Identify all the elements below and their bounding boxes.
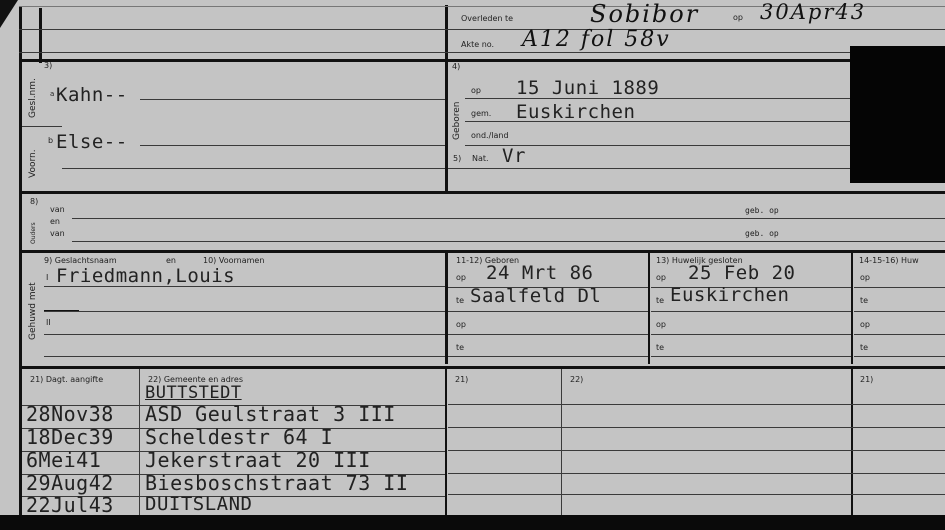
birth-on-label: op: [471, 86, 481, 95]
dissolution2-date-rule: [854, 334, 945, 335]
marriage-on-label: op: [656, 273, 666, 282]
nationality-value: Vr: [502, 145, 526, 167]
birth-place-rule: [465, 121, 850, 122]
dissolution2-place-rule: [854, 356, 945, 357]
married-side-label: Gehuwd met: [28, 282, 38, 340]
col2-rule-5: [448, 494, 945, 495]
deed-value: A12 fol 58v: [522, 27, 671, 52]
col2-rule-4: [448, 473, 945, 474]
spouse1-marker: I: [46, 273, 48, 282]
address-col-divider: [139, 369, 140, 517]
address-row-3-date: 6Mei41: [26, 448, 101, 472]
parent2-from-label: van: [50, 229, 65, 238]
marriage2-on-label: op: [656, 320, 666, 329]
parent1-rule: [72, 218, 945, 219]
marriage2-date-rule: [651, 334, 851, 335]
parent1-from-label: van: [50, 205, 65, 214]
registration-card: Overleden te Sobibor op 30Apr43 Akte no.…: [0, 0, 945, 530]
spouse2-birth-place-rule: [448, 356, 648, 357]
dissolution-at-label: te: [860, 296, 868, 305]
section8-number: 8): [30, 197, 38, 206]
spouse-and-header: en: [166, 256, 176, 265]
spouse-birth-place: Saalfeld Dl: [470, 285, 601, 307]
section-divider-3: [19, 366, 945, 369]
birth-date-rule: [465, 98, 850, 99]
surname-marker: a: [50, 90, 54, 98]
parent1-born-label: geb. op: [745, 206, 779, 215]
col-divider-dissolution: [851, 252, 853, 364]
col-divider-spouse: [445, 252, 448, 364]
header-rule-2: [19, 52, 945, 53]
died-place: Sobibor: [590, 0, 699, 28]
spouse2-rule-2: [44, 356, 445, 357]
firstname-marker: b: [48, 136, 53, 145]
marriage-place: Euskirchen: [670, 284, 789, 306]
firstname-rule-2: [62, 168, 445, 169]
frame-inner-left: [39, 8, 42, 63]
col2-rule-3: [448, 450, 945, 451]
dissolution2-at-label: te: [860, 343, 868, 352]
marriage2-at-label: te: [656, 343, 664, 352]
died-on-label: op: [733, 13, 743, 22]
dissolution-on-label: op: [860, 273, 870, 282]
dissolution2-on-label: op: [860, 320, 870, 329]
birth-place: Euskirchen: [516, 101, 635, 123]
spouse-birth-date: 24 Mrt 86: [486, 262, 593, 284]
country-label: ond./land: [471, 131, 509, 140]
col3-date-header: 21): [860, 375, 873, 384]
spouse1-rule: [44, 286, 445, 287]
parent2-rule: [72, 241, 945, 242]
spouse-surname-header: 9) Geslachtsnaam: [44, 256, 117, 265]
dissolution-place-rule: [854, 311, 945, 312]
address-row-2-date: 18Dec39: [26, 425, 114, 449]
address-block-divider-1: [445, 369, 447, 517]
firstname-rule: [140, 145, 445, 146]
nationality-rule: [448, 168, 850, 169]
section-divider-2: [19, 250, 945, 253]
spouse2-marker: II: [46, 318, 51, 327]
firstname-side-label: Voorn.: [28, 149, 38, 178]
header-bottom-rule: [19, 59, 945, 62]
address-row-2-address: Scheldestr 64 I: [145, 425, 333, 449]
address-row-3-address: Jekerstraat 20 III: [145, 448, 371, 472]
marriage-place-rule: [651, 311, 851, 312]
marriage-date: 25 Feb 20: [688, 262, 795, 284]
spouse2-rule: [44, 334, 445, 335]
section-divider-1: [19, 191, 945, 194]
spouse1-name: Friedmann,Louis: [56, 265, 235, 287]
address-row-5-date: 22Jul43: [26, 493, 114, 517]
col2-address-header: 22): [570, 375, 583, 384]
photo-redaction: [850, 46, 945, 183]
surname-side-label: Gesl.nm.: [28, 78, 38, 118]
section4-number: 4): [452, 62, 460, 71]
col2-date-header: 21): [455, 375, 468, 384]
address-row-4-date: 29Aug42: [26, 471, 114, 495]
card-bottom-edge: [0, 515, 945, 530]
dissolution-date-rule: [854, 287, 945, 288]
header-rule-1: [19, 29, 945, 30]
col2-rule-2: [448, 427, 945, 428]
address-row-1-date: 28Nov38: [26, 402, 114, 426]
address-date-header: 21) Dagt. aangifte: [30, 375, 103, 384]
address-row-1-address: ASD Geulstraat 3 III: [145, 402, 396, 426]
address-row-4-address: Biesboschstraat 73 II: [145, 471, 408, 495]
spouse2-birth-on-label: op: [456, 320, 466, 329]
nationality-number: 5): [453, 154, 461, 163]
died-label: Overleden te: [461, 14, 513, 23]
deed-label: Akte no.: [461, 40, 494, 49]
spouse-birth-place-rule: [448, 311, 648, 312]
spouse2-birth-at-label: te: [456, 343, 464, 352]
parent2-born-label: geb. op: [745, 229, 779, 238]
died-date: 30Apr43: [760, 0, 866, 24]
parents-side-label: Ouders: [30, 222, 37, 244]
parents-and-label: en: [50, 217, 60, 226]
side-label-divider: [22, 126, 62, 127]
initial-place: BUTTSTEDT: [145, 383, 242, 403]
municipality-label: gem.: [471, 109, 491, 118]
marriage-at-label: te: [656, 296, 664, 305]
address-row-5-address: DUITSLAND: [145, 493, 252, 515]
birth-date: 15 Juni 1889: [516, 77, 659, 99]
frame-divider-top: [445, 5, 448, 193]
spouse-birth-at-label: te: [456, 296, 464, 305]
dissolution-header: 14-15-16) Huw: [859, 256, 919, 265]
frame-left: [19, 6, 22, 518]
nationality-label: Nat.: [472, 154, 489, 163]
col-divider-marriage: [648, 252, 650, 364]
spouse2-birth-date-rule: [448, 334, 648, 335]
birth-side-label: Geboren: [452, 102, 462, 140]
col2-rule-1: [448, 404, 945, 405]
card-corner: [0, 0, 18, 28]
surname-rule: [140, 99, 445, 100]
spouse-firstnames-header: 10) Voornamen: [203, 256, 264, 265]
surname-value: Kahn--: [56, 84, 128, 106]
section3-number: 3): [44, 61, 52, 70]
firstname-value: Else--: [56, 131, 128, 153]
spouse-birth-on-label: op: [456, 273, 466, 282]
marriage2-place-rule: [651, 356, 851, 357]
spouse1-rule-2: [44, 311, 445, 312]
